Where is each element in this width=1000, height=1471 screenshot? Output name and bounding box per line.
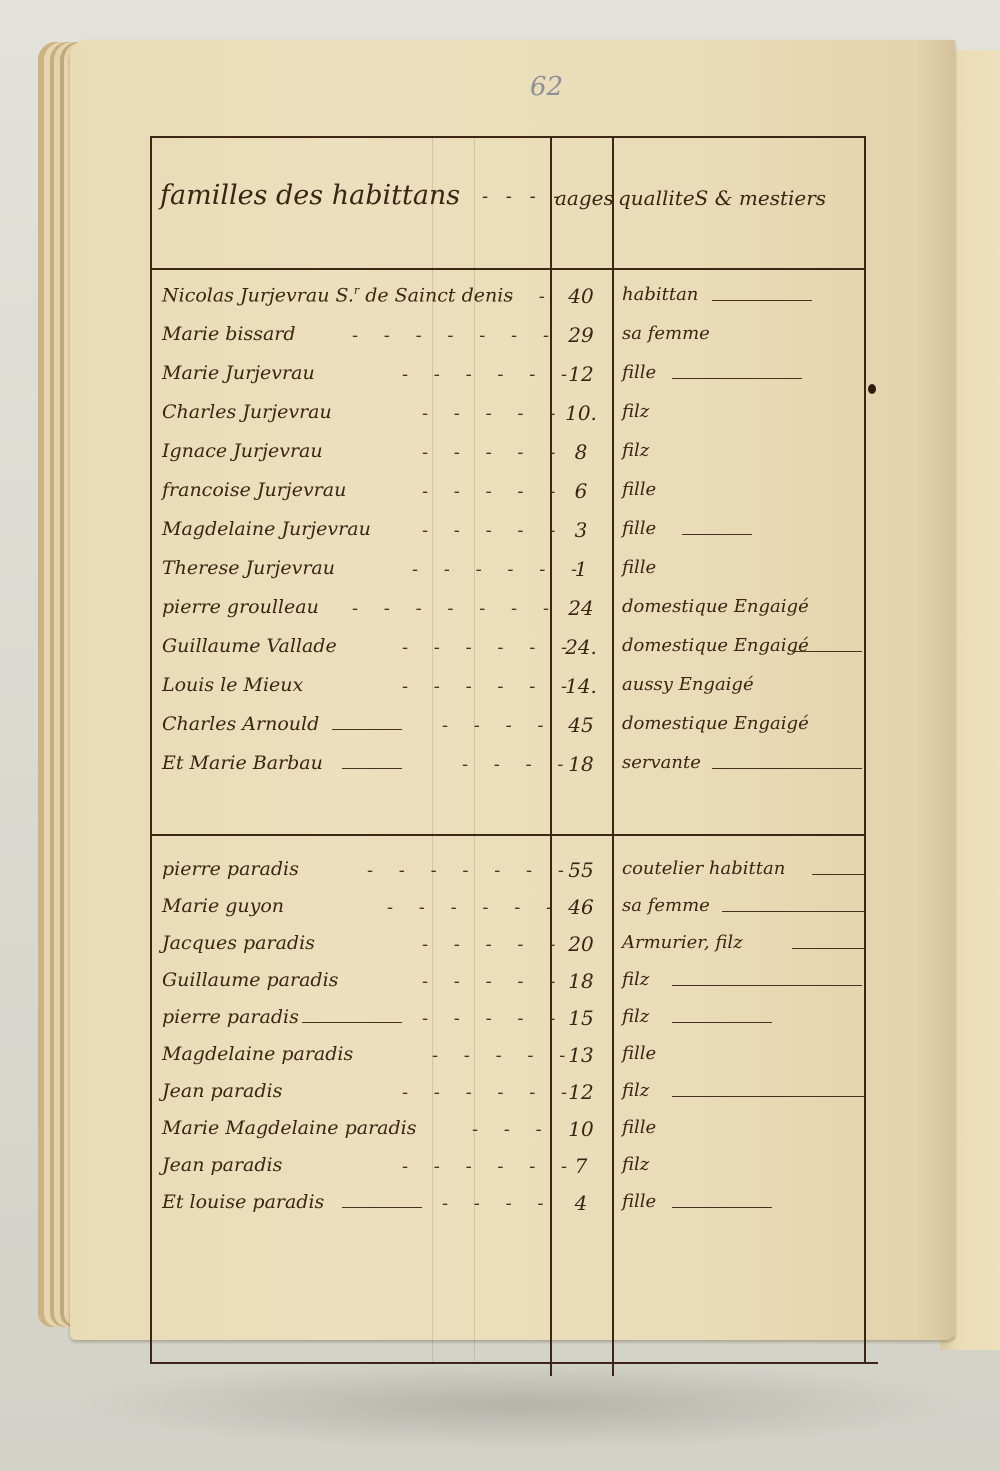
flourish-line [672,1022,772,1023]
person-quality: Armurier, filz [622,932,743,953]
dot-leader: - - - - - [422,1008,565,1029]
person-quality: servante [622,752,701,773]
header-divider [152,268,866,270]
dot-leader: - - - - - [422,481,565,502]
dot-leader: - - - - - [422,403,565,424]
flourish-line [792,948,864,949]
header-leader: - - - - [482,186,566,207]
person-quality: coutelier habittan [622,858,785,879]
table-row: Magdelaine paradis - - - - - 13 fille [152,1043,864,1079]
dot-leader: - - - - [442,715,554,736]
flourish-line [712,768,862,769]
name-rest: de Sainct denis [365,284,513,306]
dot-leader: - - - [472,1119,552,1140]
dot-leader: - - - - - - - [367,860,574,881]
person-name: pierre groulleau [162,596,319,618]
table-row: Louis le Mieux - - - - - - 14. aussy Eng… [152,674,864,710]
person-age: 14. [550,674,612,698]
family-divider [152,834,866,836]
person-age: 18 [550,752,612,776]
title-superscript: r [354,284,359,297]
table-row: Guillaume Vallade - - - - - - 24. domest… [152,635,864,671]
person-name: Ignace Jurjevrau [162,440,323,462]
person-quality: aussy Engaigé [622,674,754,695]
table-row: Jean paradis - - - - - - 12 filz [152,1080,864,1116]
person-name: Louis le Mieux [162,674,303,696]
person-name: Guillaume paradis [162,969,338,991]
person-age: 24. [550,635,612,659]
person-age: 6 [550,479,612,503]
person-name: Charles Arnould [162,713,319,735]
person-age: 1 [550,557,612,581]
person-quality: fille [622,479,656,500]
person-quality: filz [622,1006,649,1027]
person-age: 4 [550,1191,612,1215]
person-age: 18 [550,969,612,993]
person-quality: filz [622,1154,649,1175]
table-row: Marie guyon - - - - - - 46 sa femme [152,895,864,931]
name-main: Nicolas Jurjevrau [162,284,329,306]
person-name: Et Marie Barbau [162,752,323,774]
person-age: 8 [550,440,612,464]
person-age: 10. [550,401,612,425]
person-name: Marie bissard [162,323,296,345]
person-age: 15 [550,1006,612,1030]
person-quality: fille [622,362,656,383]
person-name: Jacques paradis [162,932,315,954]
person-quality: habittan [622,284,698,305]
person-quality: domestique Engaigé [622,713,809,734]
dot-leader: - - - - - [422,442,565,463]
header-age: aages [555,186,614,210]
person-quality: fille [622,1117,656,1138]
person-name: Jean paradis [162,1154,282,1176]
header-quality: qualliteS & mestiers [618,186,826,210]
flourish-line [672,378,802,379]
person-age: 3 [550,518,612,542]
dot-leader: - - - - - - - [352,325,559,346]
table-row: Charles Jurjevrau - - - - - 10. filz [152,401,864,437]
table-row: Marie Magdelaine paradis - - - 10 fille [152,1117,864,1153]
page-number: 62 [530,72,563,102]
column-rule-right [864,136,866,1364]
table-row: pierre paradis - - - - - - - 55 coutelie… [152,858,864,894]
table-row: francoise Jurjevrau - - - - - 6 fille [152,479,864,515]
flourish-line [682,534,752,535]
person-name: Jean paradis [162,1080,282,1102]
flourish-line [672,1096,864,1097]
person-age: 24 [550,596,612,620]
table-row: Marie Jurjevrau - - - - - - 12 fille [152,362,864,398]
table-row: Guillaume paradis - - - - - 18 filz [152,969,864,1005]
person-quality: domestique Engaigé [622,596,809,617]
table-row: Charles Arnould - - - - 45 domestique En… [152,713,864,749]
table-row: Magdelaine Jurjevrau - - - - - 3 fille [152,518,864,554]
person-age: 45 [550,713,612,737]
dot-leader: - - - - - [422,934,565,955]
flourish-line [812,874,864,875]
table-row: pierre groulleau - - - - - - - 24 domest… [152,596,864,632]
person-name: Marie Jurjevrau [162,362,315,384]
table-row: Et louise paradis - - - - 4 fille [152,1191,864,1227]
person-age: 55 [550,858,612,882]
person-quality: sa femme [622,323,710,344]
book-shadow [70,1360,970,1450]
census-table: familles des habittans - - - - aages qua… [150,136,864,1364]
person-name: Charles Jurjevrau [162,401,332,423]
dot-leader: - - - - - - - [352,598,559,619]
person-quality: sa femme [622,895,710,916]
title-abbrev: S. [335,284,353,306]
person-name: Magdelaine Jurjevrau [162,518,371,540]
person-age: 12 [550,1080,612,1104]
flourish-line [722,911,864,912]
person-age: 13 [550,1043,612,1067]
table-row: Et Marie Barbau - - - - 18 servante [152,752,864,788]
table-row: Nicolas Jurjevrau S.r de Sainct denis - … [152,284,864,320]
person-quality: fille [622,1191,656,1212]
table-header: familles des habittans - - - - aages qua… [152,138,864,268]
person-age: 29 [550,323,612,347]
person-name: francoise Jurjevrau [162,479,346,501]
header-families: familles des habittans [160,180,460,211]
person-quality: fille [622,1043,656,1064]
person-quality: filz [622,440,649,461]
person-name: Guillaume Vallade [162,635,337,657]
person-age: 10 [550,1117,612,1141]
person-name: Magdelaine paradis [162,1043,353,1065]
person-name: Marie Magdelaine paradis [162,1117,416,1139]
person-quality: filz [622,1080,649,1101]
person-age: 40 [550,284,612,308]
ink-blot [868,384,876,394]
table-row: Jacques paradis - - - - - 20 Armurier, f… [152,932,864,968]
person-name: Nicolas Jurjevrau S.r de Sainct denis [162,284,513,306]
person-age: 12 [550,362,612,386]
person-quality: domestique Engaigé [622,635,809,656]
person-quality: fille [622,518,656,539]
dot-leader: - - - - - - [387,897,562,918]
table-row: Therese Jurjevrau - - - - - - 1 fille [152,557,864,593]
person-age: 7 [550,1154,612,1178]
table-bottom-rule [150,1362,878,1364]
flourish-line [712,300,812,301]
person-name: Et louise paradis [162,1191,324,1213]
person-quality: filz [622,969,649,990]
flourish-line [672,985,862,986]
table-row: Ignace Jurjevrau - - - - - 8 filz [152,440,864,476]
person-name: Therese Jurjevrau [162,557,335,579]
flourish-line [672,1207,772,1208]
dot-leader: - - - - [442,1193,554,1214]
person-name: pierre paradis [162,1006,299,1028]
person-age: 46 [550,895,612,919]
dot-leader: - - - - - [422,520,565,541]
flourish-line [302,1022,402,1023]
flourish-line [342,768,402,769]
table-row: Jean paradis - - - - - - 7 filz [152,1154,864,1190]
person-name: Marie guyon [162,895,284,917]
dot-leader: - - - - - [422,971,565,992]
person-quality: filz [622,401,649,422]
flourish-line [342,1207,422,1208]
person-age: 20 [550,932,612,956]
table-row: pierre paradis - - - - - 15 filz [152,1006,864,1042]
person-name: pierre paradis [162,858,299,880]
flourish-line [332,729,402,730]
dot-leader: - - [507,286,555,307]
flourish-line [792,651,862,652]
person-quality: fille [622,557,656,578]
table-row: Marie bissard - - - - - - - 29 sa femme [152,323,864,359]
